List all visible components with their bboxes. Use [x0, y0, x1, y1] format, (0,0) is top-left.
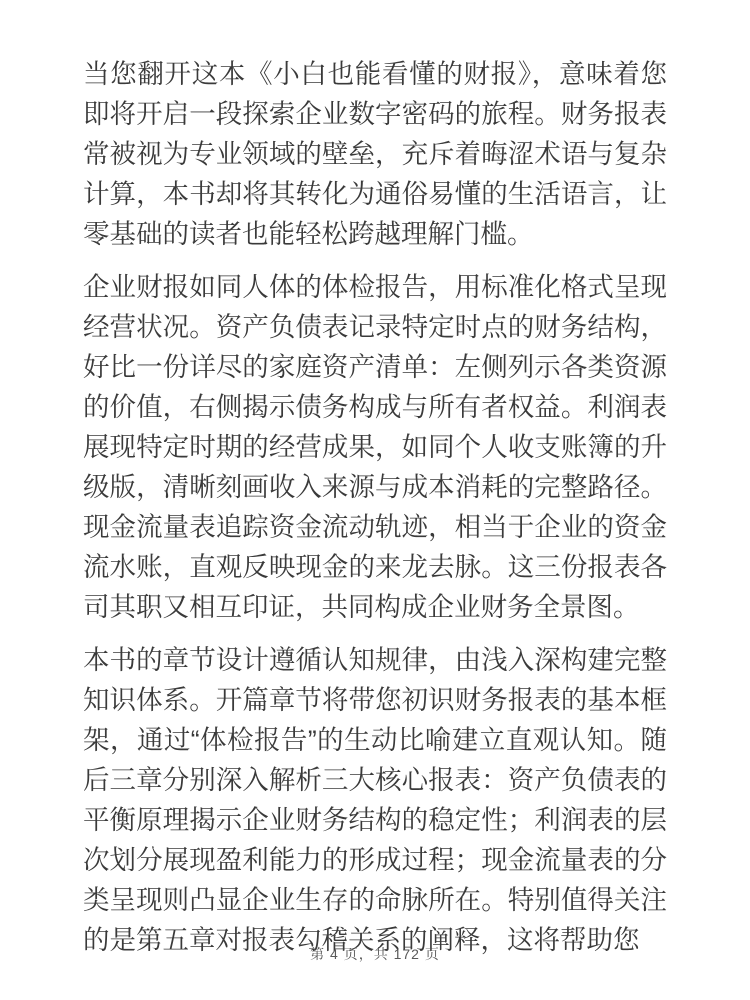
- paragraph-three-statements: 企业财报如同人体的体检报告，用标准化格式呈现经营状况。资产负债表记录特定时点的财…: [83, 267, 667, 627]
- document-body: 当您翻开这本《小白也能看懂的财报》，意味着您即将开启一段探索企业数字密码的旅程。…: [83, 54, 667, 960]
- page-number-footer: 第 4 页，共 172 页: [0, 944, 750, 964]
- paragraph-intro: 当您翻开这本《小白也能看懂的财报》，意味着您即将开启一段探索企业数字密码的旅程。…: [83, 54, 667, 254]
- paragraph-chapter-structure: 本书的章节设计遵循认知规律，由浅入深构建完整知识体系。开篇章节将带您初识财务报表…: [83, 640, 667, 960]
- document-page: 当您翻开这本《小白也能看懂的财报》，意味着您即将开启一段探索企业数字密码的旅程。…: [0, 0, 750, 1000]
